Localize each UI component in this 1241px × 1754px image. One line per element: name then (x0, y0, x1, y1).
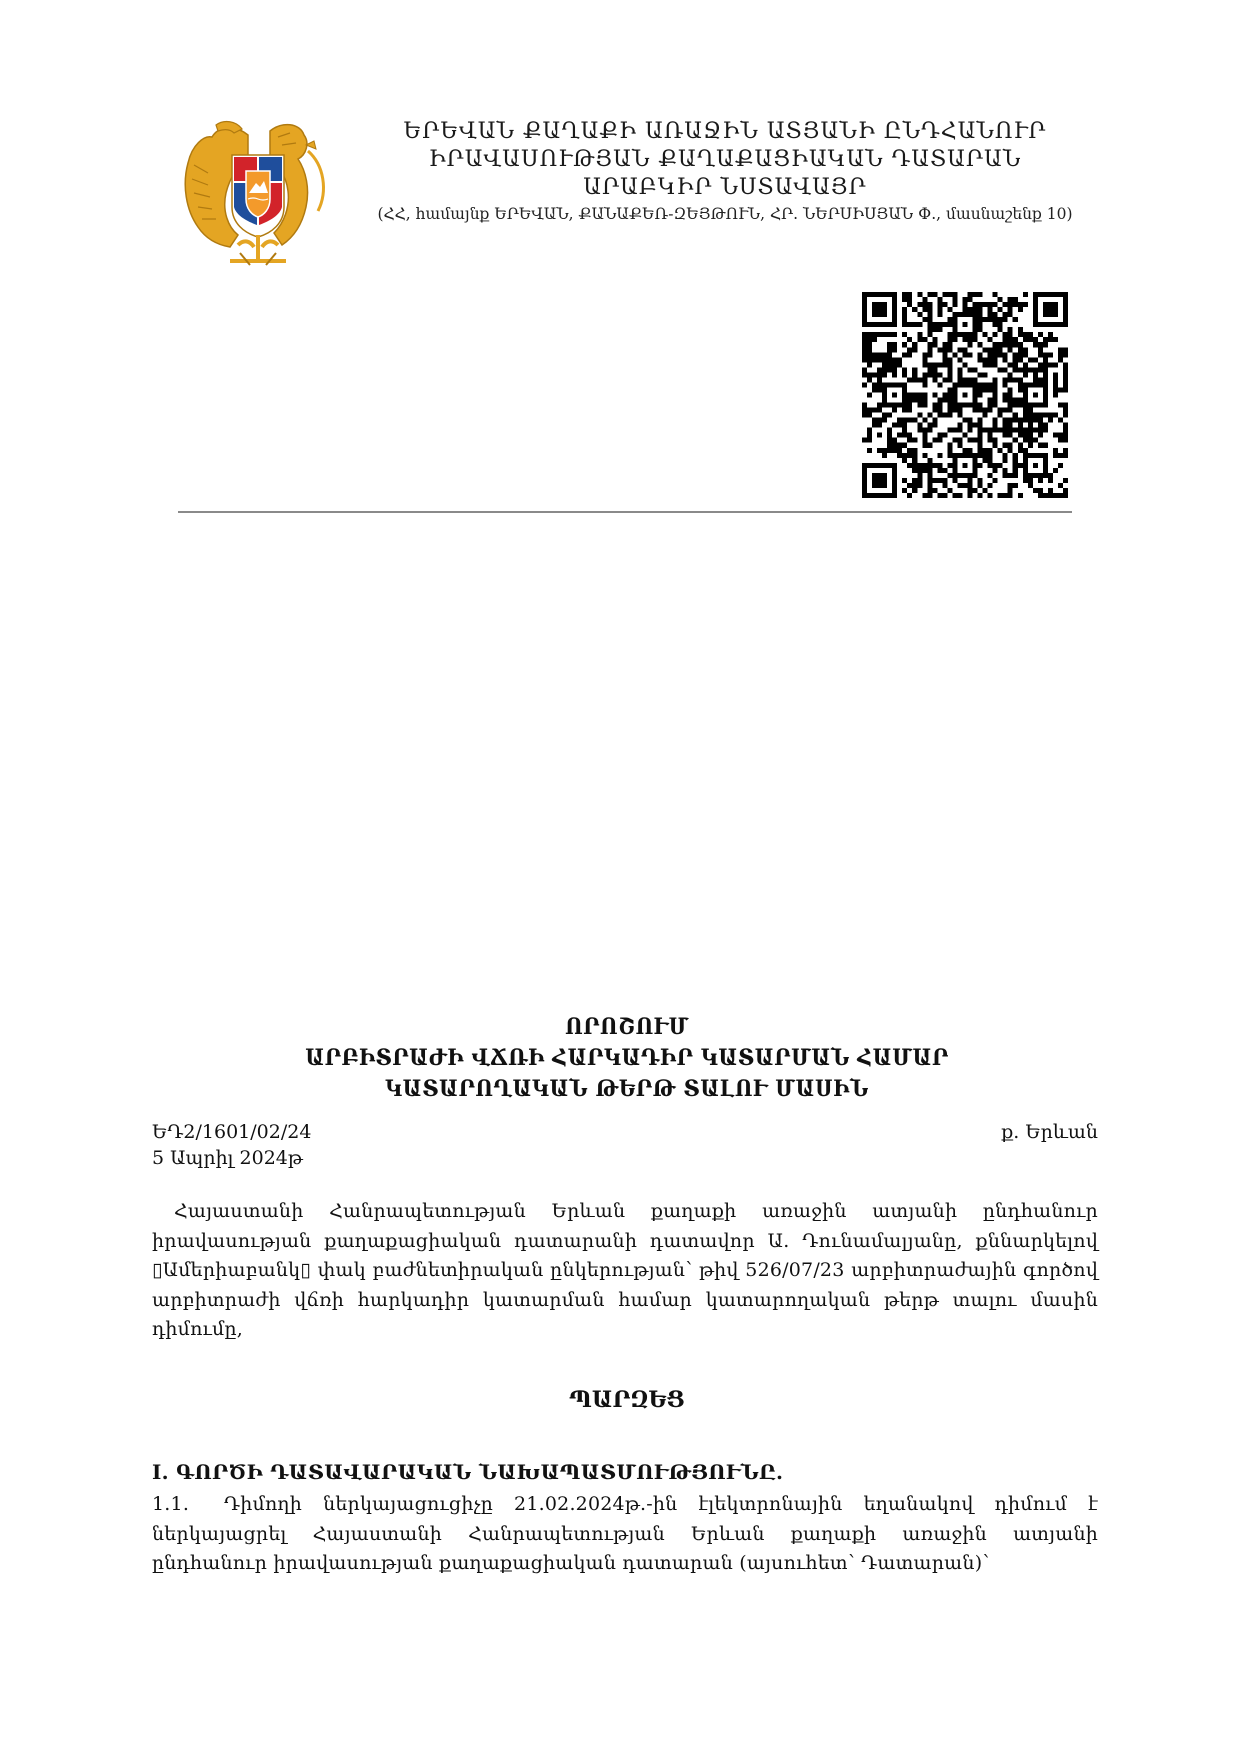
qr-code-icon (862, 292, 1068, 498)
decision-city: ք. Երևան (1001, 1120, 1098, 1144)
item-number: 1.1. (152, 1490, 224, 1520)
section-1-item-1-1: 1.1.Դիմողի ներկայացուցիչը 21.02.2024թ.-ի… (152, 1490, 1098, 1579)
armenia-coat-of-arms-icon (178, 115, 338, 271)
header-divider (178, 511, 1072, 513)
case-meta-row: ԵԴ2/1601/02/24 ք. Երևան (152, 1120, 1098, 1144)
date-row: 5 Ապրիլ 2024թ (152, 1146, 1098, 1170)
decision-title-line-2: ԱՐԲԻՏՐԱԺԻ ՎՃՌԻ ՀԱՐԿԱԴԻՐ ԿԱՏԱՐՄԱՆ ՀԱՄԱՐ (188, 1043, 1066, 1074)
court-location-line: ԱՐԱԲԿԻՐ ՆՍՏԱՎԱՅՐ (350, 174, 1100, 202)
decision-title: ՈՐՈՇՈՒՄ ԱՐԲԻՏՐԱԺԻ ՎՃՌԻ ՀԱՐԿԱԴԻՐ ԿԱՏԱՐՄԱՆ… (188, 1012, 1066, 1105)
intro-paragraph: Հայաստանի Հանրապետության Երևան քաղաքի առ… (152, 1197, 1098, 1345)
court-name-line-2: ԻՐԱՎԱՍՈՒԹՅԱՆ ՔԱՂԱՔԱՑԻԱԿԱՆ ԴԱՏԱՐԱՆ (350, 146, 1100, 174)
section-1-heading: I. ԳՈՐԾԻ ԴԱՏԱՎԱՐԱԿԱՆ ՆԱԽԱՊԱՏՄՈՒԹՅՈՒՆԸ. (152, 1458, 783, 1486)
decision-date: 5 Ապրիլ 2024թ (152, 1146, 303, 1170)
case-number: ԵԴ2/1601/02/24 (152, 1120, 311, 1144)
established-heading: ՊԱՐԶԵՑ (150, 1385, 1104, 1415)
decision-title-line-3: ԿԱՏԱՐՈՂԱԿԱՆ ԹԵՐԹ ՏԱԼՈՒ ՄԱՍԻՆ (188, 1074, 1066, 1105)
court-header: ԵՐԵՎԱՆ ՔԱՂԱՔԻ ԱՌԱՋԻՆ ԱՏՅԱՆԻ ԸՆԴՀԱՆՈՒՐ ԻՐ… (350, 118, 1100, 225)
decision-title-line-1: ՈՐՈՇՈՒՄ (188, 1012, 1066, 1043)
court-address: (ՀՀ, համայնք ԵՐԵՎԱՆ, ՔԱՆԱՔԵՌ-ԶԵՅԹՈՒՆ, ՀՐ… (350, 203, 1100, 225)
item-text: Դիմողի ներկայացուցիչը 21.02.2024թ.-ին էլ… (152, 1493, 1098, 1574)
court-name-line-1: ԵՐԵՎԱՆ ՔԱՂԱՔԻ ԱՌԱՋԻՆ ԱՏՅԱՆԻ ԸՆԴՀԱՆՈՒՐ (350, 118, 1100, 146)
